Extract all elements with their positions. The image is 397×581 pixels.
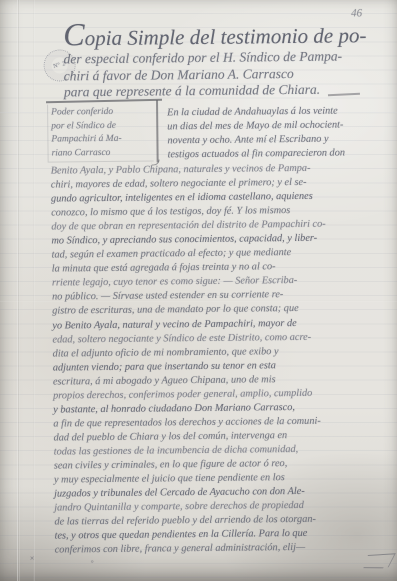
opening-paragraph: En la ciudad de Andahuaylas á los veinte…: [167, 104, 382, 163]
body-text: Benito Ayala, y Pablo Chipana, naturales…: [51, 161, 391, 558]
margin-note-line: riano Carrasco: [51, 146, 153, 161]
margin-note-line: por el Síndico de: [51, 119, 153, 134]
scanned-manuscript-page: 46 Nº 2 Copia Simple del testimonio de p…: [0, 0, 397, 581]
margin-note-line: Poder conferido: [51, 105, 153, 120]
document-title: Copia Simple del testimonio de po- der e…: [63, 18, 386, 101]
stray-pencil-mark: ×: [30, 554, 35, 563]
handwritten-content: 46 Nº 2 Copia Simple del testimonio de p…: [0, 0, 397, 581]
pencil-scribble: [361, 553, 396, 569]
pencil-rule-vertical: [156, 100, 158, 162]
body-line: conferimos con libre, franca y general a…: [55, 540, 391, 558]
margin-annotation: Poder conferido por el Síndico de Pampac…: [47, 103, 154, 162]
opening-line: testigos actuados al fin comparecieron d…: [168, 146, 382, 162]
title-line: para que represente á la comunidad de Ch…: [64, 81, 386, 101]
title-line: Copia Simple del testimonio de po-: [63, 18, 385, 51]
margin-note-line: Pampachiri á Ma-: [51, 132, 153, 147]
title-line: der especial conferido por el H. Síndico…: [63, 48, 385, 68]
stray-pencil-mark: °: [91, 559, 94, 567]
